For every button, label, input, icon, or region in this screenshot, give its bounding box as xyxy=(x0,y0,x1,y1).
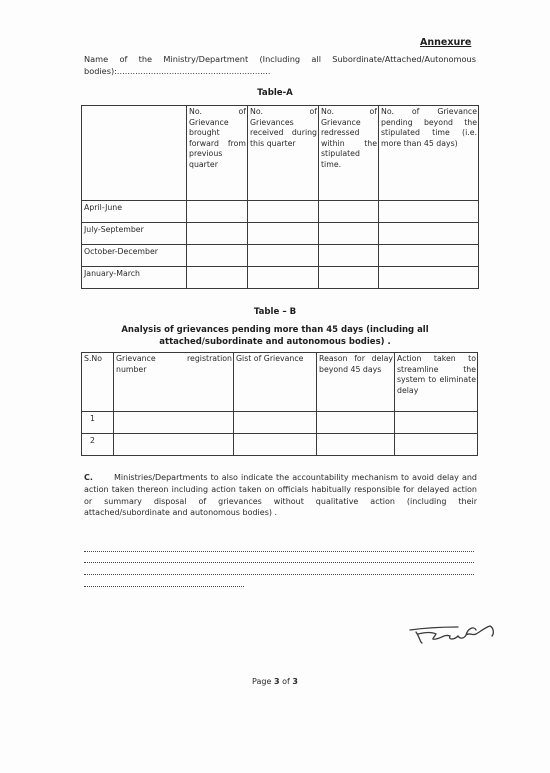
section-c-label: C. xyxy=(84,472,114,484)
table-cell[interactable] xyxy=(379,245,479,267)
table-a-header-cell: No. of Grievances received during this q… xyxy=(248,106,319,201)
table-cell[interactable] xyxy=(114,434,234,456)
quarter-label: April-June xyxy=(82,201,187,223)
table-b-title: Table – B xyxy=(0,307,550,317)
answer-line-2[interactable] xyxy=(84,562,474,563)
table-cell[interactable] xyxy=(234,434,317,456)
quarter-label: October-December xyxy=(82,245,187,267)
table-cell[interactable] xyxy=(379,223,479,245)
current-page: 3 xyxy=(274,677,280,686)
table-b-header-cell: Action taken to streamline the system to… xyxy=(395,353,478,412)
ministry-line-1: Name of the Ministry/Department (Includi… xyxy=(84,53,476,65)
table-b-subtitle: Analysis of grievances pending more than… xyxy=(0,324,550,348)
answer-line-4[interactable] xyxy=(84,586,244,587)
table-b-header-row: S.No Grievance registration number Gist … xyxy=(82,353,478,412)
answer-line-3[interactable] xyxy=(84,574,474,575)
table-b-header-cell: Grievance registration number xyxy=(114,353,234,412)
quarter-label: July-September xyxy=(82,223,187,245)
table-row: July-September xyxy=(82,223,479,245)
table-cell[interactable] xyxy=(379,201,479,223)
section-c: C.Ministries/Departments to also indicat… xyxy=(84,472,477,519)
table-cell[interactable] xyxy=(319,223,379,245)
ministry-name-field: Name of the Ministry/Department (Includi… xyxy=(84,53,476,77)
table-a-header-row: No. of Grievance brought forward from pr… xyxy=(82,106,479,201)
table-a-title: Table-A xyxy=(0,88,550,98)
table-cell[interactable] xyxy=(319,201,379,223)
serial-number: 1 xyxy=(82,412,114,434)
table-cell[interactable] xyxy=(187,267,248,289)
table-a-header-cell: No. of Grievance brought forward from pr… xyxy=(187,106,248,201)
table-a-header-cell xyxy=(82,106,187,201)
table-cell[interactable] xyxy=(379,267,479,289)
table-a-header-cell: No. of Grievance redressed within the st… xyxy=(319,106,379,201)
annexure-heading: Annexure xyxy=(420,37,471,48)
quarter-label: January-March xyxy=(82,267,187,289)
table-b: S.No Grievance registration number Gist … xyxy=(81,352,478,456)
page-number: Page 3 of 3 xyxy=(0,677,550,686)
total-pages: 3 xyxy=(292,677,298,686)
ministry-line-2: bodies):................................… xyxy=(84,66,271,76)
table-b-header-cell: Gist of Grievance xyxy=(234,353,317,412)
table-cell[interactable] xyxy=(319,267,379,289)
table-row: April-June xyxy=(82,201,479,223)
table-a-header-cell: No. of Grievance pending beyond the stip… xyxy=(379,106,479,201)
table-cell[interactable] xyxy=(234,412,317,434)
table-cell[interactable] xyxy=(114,412,234,434)
table-cell[interactable] xyxy=(248,245,319,267)
table-cell[interactable] xyxy=(187,201,248,223)
page-prefix: Page xyxy=(252,677,271,686)
table-cell[interactable] xyxy=(248,267,319,289)
table-b-header-cell: Reason for delay beyond 45 days xyxy=(317,353,395,412)
table-cell[interactable] xyxy=(317,434,395,456)
table-b-header-cell: S.No xyxy=(82,353,114,412)
table-cell[interactable] xyxy=(187,223,248,245)
signature-icon xyxy=(406,618,506,648)
table-b-subtitle-line-1: Analysis of grievances pending more than… xyxy=(0,324,550,336)
table-cell[interactable] xyxy=(395,412,478,434)
table-row: 2 xyxy=(82,434,478,456)
table-a: No. of Grievance brought forward from pr… xyxy=(81,105,479,289)
section-c-text: Ministries/Departments to also indicate … xyxy=(84,473,477,517)
page-separator: of xyxy=(282,677,290,686)
table-row: October-December xyxy=(82,245,479,267)
table-cell[interactable] xyxy=(248,223,319,245)
table-b-subtitle-line-2: attached/subordinate and autonomous bodi… xyxy=(0,336,550,348)
table-cell[interactable] xyxy=(187,245,248,267)
table-row: January-March xyxy=(82,267,479,289)
table-cell[interactable] xyxy=(248,201,319,223)
table-cell[interactable] xyxy=(317,412,395,434)
table-cell[interactable] xyxy=(395,434,478,456)
section-c-paragraph: C.Ministries/Departments to also indicat… xyxy=(84,472,477,519)
serial-number: 2 xyxy=(82,434,114,456)
table-row: 1 xyxy=(82,412,478,434)
answer-line-1[interactable] xyxy=(84,551,474,552)
table-cell[interactable] xyxy=(319,245,379,267)
